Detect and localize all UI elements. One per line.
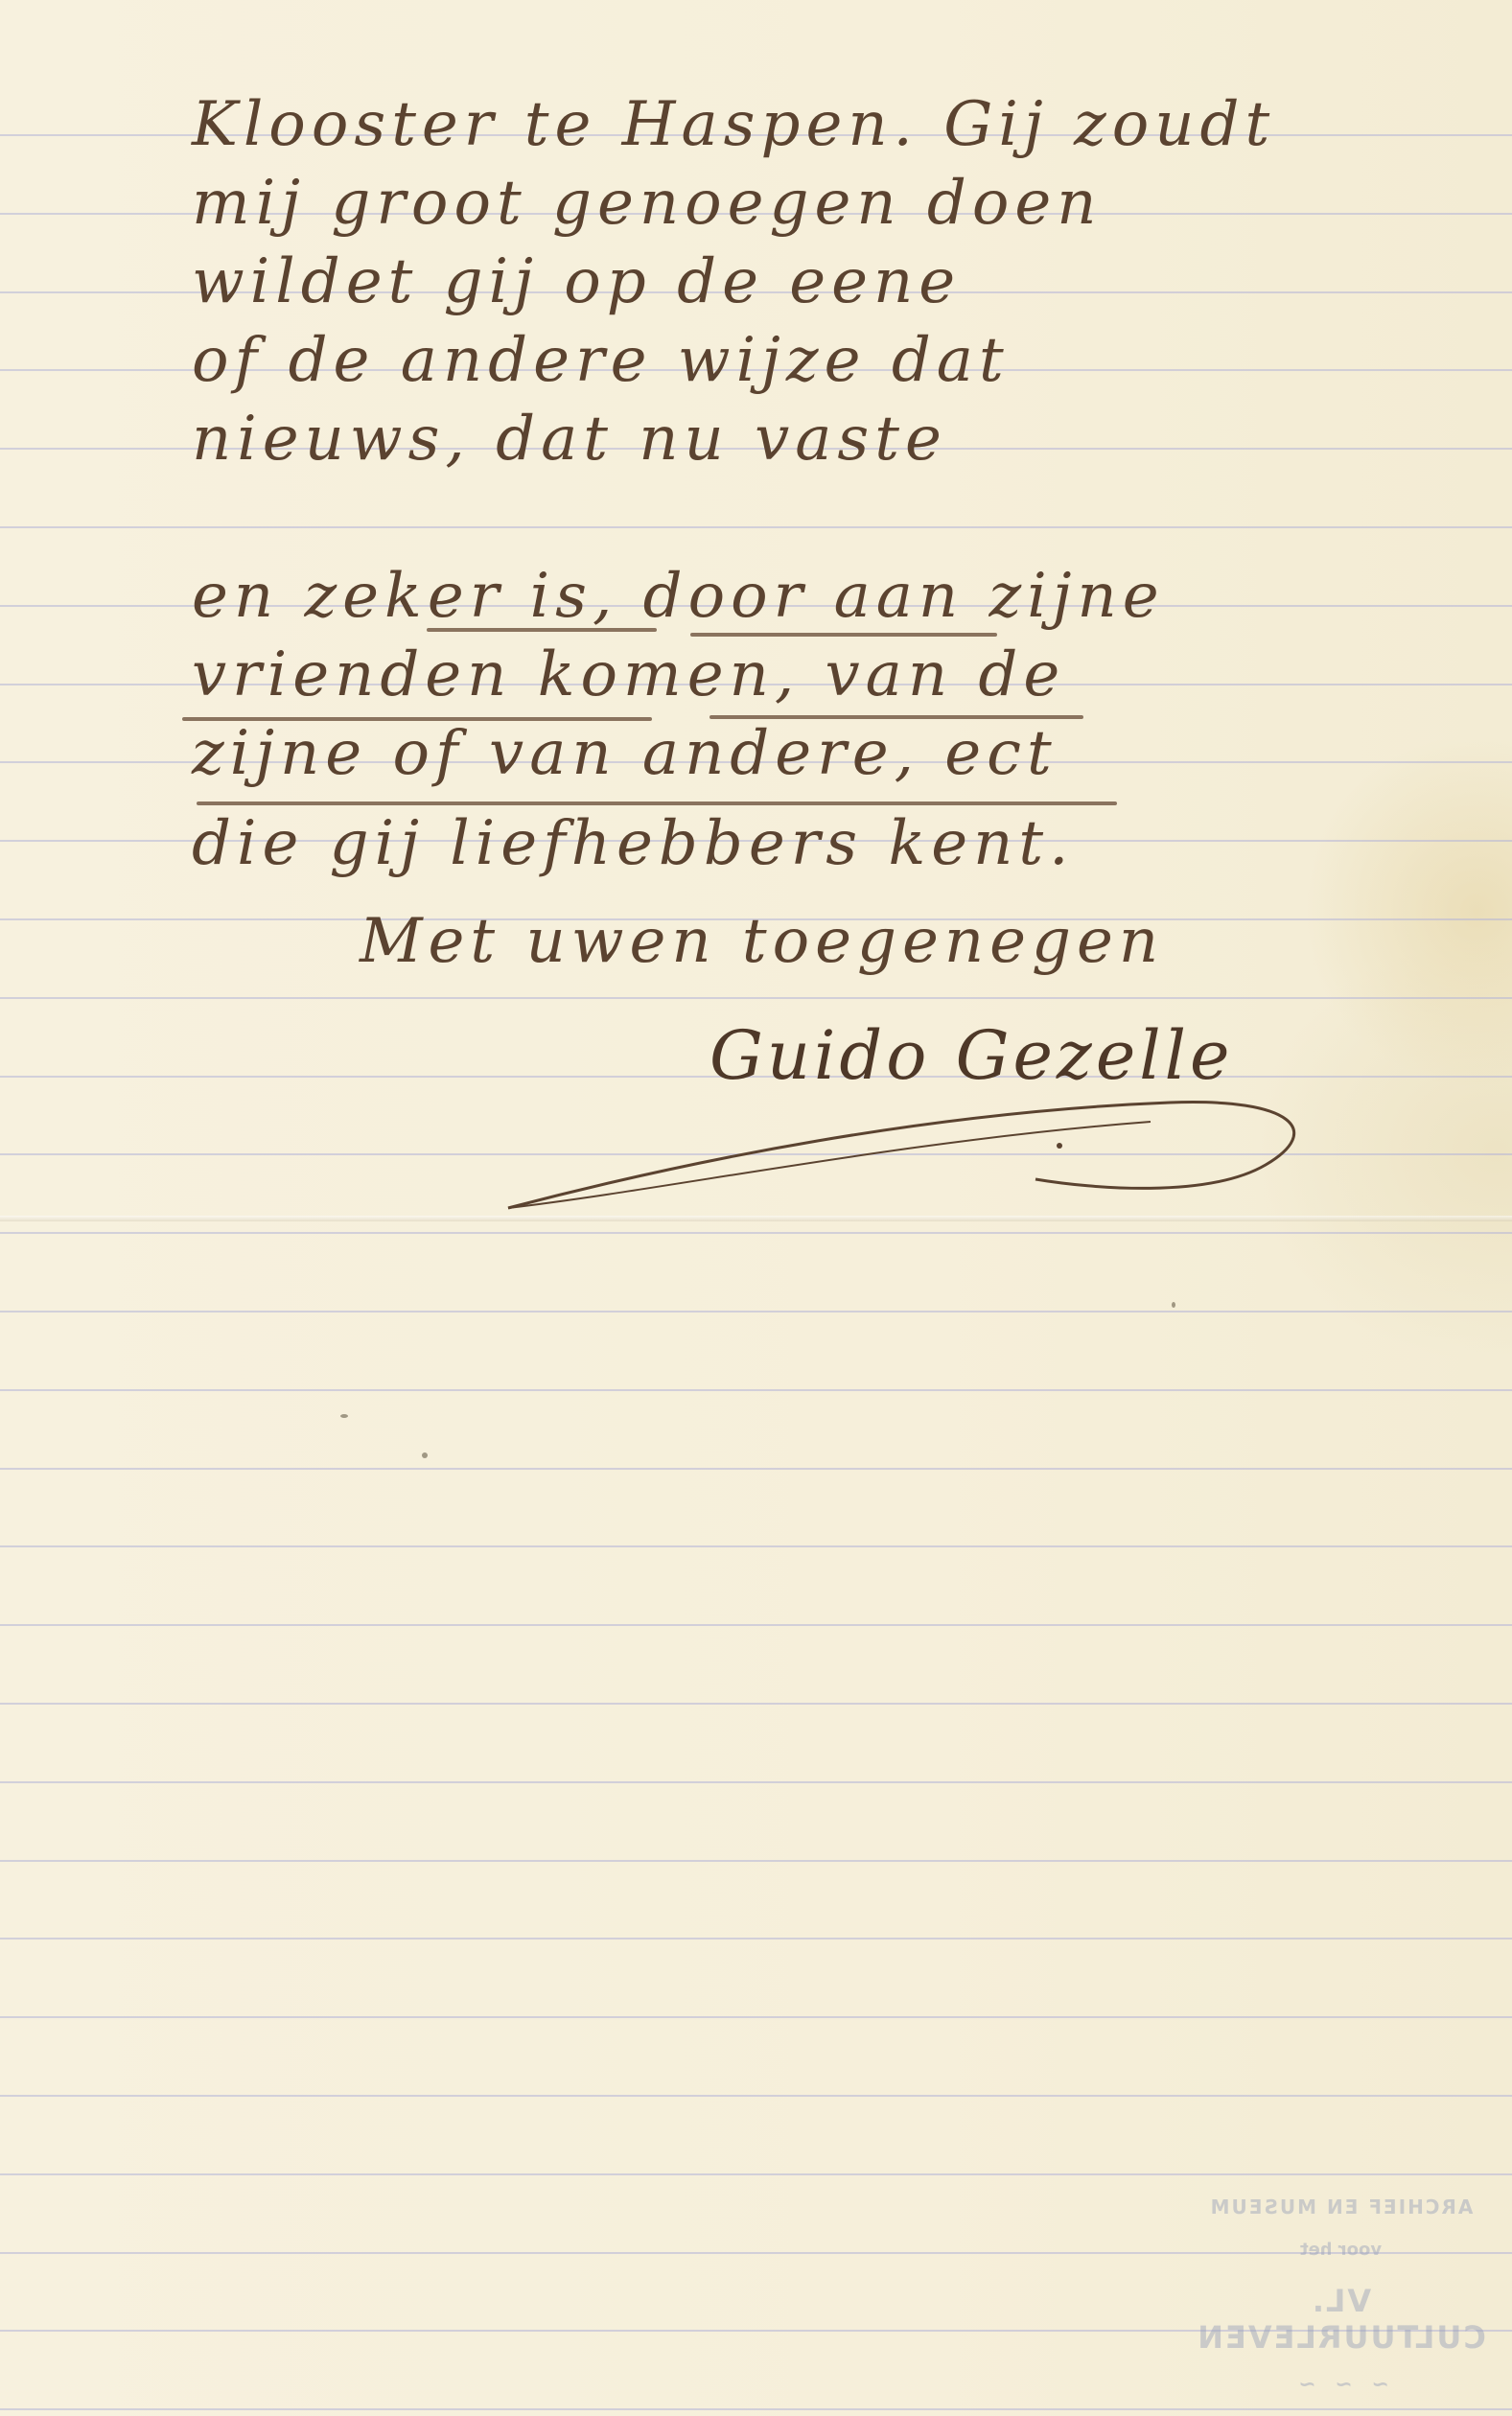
closing-line: Met uwen toegenegen bbox=[360, 911, 1164, 972]
underline-zijne-andere bbox=[197, 801, 1117, 805]
stamp-line-4: ~ ~ ~ bbox=[1170, 2373, 1512, 2397]
letter-line-1: Klooster te Haspen. Gij zoudt bbox=[192, 94, 1275, 155]
ruled-line bbox=[0, 1703, 1512, 1705]
letter-line-7: vrienden komen, van de bbox=[192, 644, 1065, 706]
ruled-line bbox=[0, 2095, 1512, 2097]
letter-line-3: wildet gij op de eene bbox=[192, 251, 961, 313]
underline-door bbox=[427, 628, 657, 632]
ruled-line bbox=[0, 1781, 1512, 1783]
paper-speck bbox=[340, 1414, 348, 1418]
letter-line-6: en zeker is, door aan zijne bbox=[192, 566, 1165, 627]
ruled-line bbox=[0, 1311, 1512, 1313]
letter-line-9: die gij liefhebbers kent. bbox=[192, 813, 1074, 874]
stamp-line-2: voor het bbox=[1170, 2240, 1512, 2260]
letter-line-2: mij groot genoegen doen bbox=[192, 173, 1103, 234]
ruled-line bbox=[0, 1624, 1512, 1626]
signature-flourish bbox=[499, 1074, 1361, 1237]
ruled-line bbox=[0, 1938, 1512, 1940]
letter-line-8: zijne of van andere, ect bbox=[192, 723, 1058, 784]
ruled-line bbox=[0, 1389, 1512, 1391]
stamp-line-1: ARCHIEF EN MUSEUM bbox=[1170, 2195, 1512, 2219]
underline-aanzijne bbox=[690, 633, 997, 637]
archive-stamp-bleedthrough: ARCHIEF EN MUSEUM voor het VL. CULTUURLE… bbox=[1170, 2195, 1512, 2397]
ruled-line bbox=[0, 2173, 1512, 2175]
stamp-line-3: VL. CULTUURLEVEN bbox=[1170, 2283, 1512, 2356]
letter-line-5: nieuws, dat nu vaste bbox=[192, 408, 947, 470]
ruled-line bbox=[0, 526, 1512, 528]
ruled-line bbox=[0, 1545, 1512, 1547]
ruled-line bbox=[0, 1468, 1512, 1470]
ruled-line bbox=[0, 2016, 1512, 2018]
paper-speck bbox=[1172, 1302, 1175, 1308]
ruled-line bbox=[0, 997, 1512, 999]
letter-line-4: of de andere wijze dat bbox=[192, 330, 1010, 391]
paper-speck bbox=[422, 1452, 428, 1458]
ruled-line bbox=[0, 2408, 1512, 2410]
ruled-line bbox=[0, 1860, 1512, 1862]
